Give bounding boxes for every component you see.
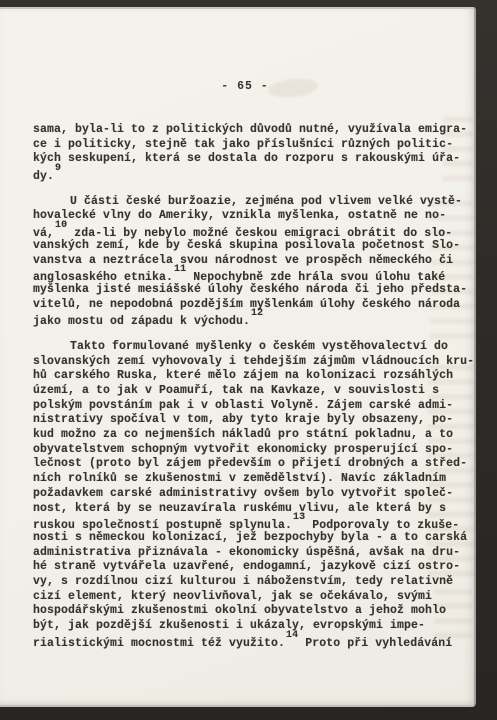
text-line: kud možno za co nejmenších nákladů pro s… [33,428,473,443]
footnote-marker: 14 [286,630,298,641]
footnote-marker: 11 [174,264,186,275]
page-number: - 65 - [8,80,482,93]
paragraph: U části české buržoazie, zejména pod vli… [33,195,473,327]
text-line: anglosaského etnika.11 Nepochybně zde hr… [33,268,473,283]
paragraph: sama, byla-li to z politických důvodů nu… [33,123,473,182]
text-line: nistrativy spočíval v tom, aby tyto kraj… [33,413,473,428]
footnote-marker: 13 [293,512,305,523]
footnote-marker: 10 [55,220,67,231]
text-line: obyvatelstvem schopným vytvořit ekonomic… [33,443,473,458]
text-line: nosti s německou kolonizací, jež bezpoch… [33,531,473,546]
text-line: nost, která by se neuzavírala ruskému vl… [33,502,473,517]
text-line: administrativa přiznávala - ekonomicky ú… [33,546,473,561]
text-line: hovalecké vlny do Ameriky, vznikla myšle… [33,209,473,224]
text-line: vanstva a neztrácela svou národnost ve p… [33,254,473,269]
text-line: lečnost (proto byl zájem především o při… [33,457,473,472]
footnote-marker: 9 [55,163,61,174]
text-line: jako mostu od západu k východu.12 [33,312,473,327]
text-line: hé straně vytvářela uzavřené, endogamní,… [33,560,473,575]
page-body: sama, byla-li to z politických důvodů nu… [33,123,473,661]
text-line: území, a to jak v Poamuří, tak na Kavkaz… [33,384,473,399]
text-line: být, jak pozdější zkušenosti i ukázaly, … [33,619,473,634]
text-line: slovanských zemí vyhovovaly i tehdejším … [33,355,473,370]
text-line: dy.9 [33,167,473,182]
text-line: myšlenka jisté mesiášské úlohy českého n… [33,283,473,298]
text-line: vá,10 zda-li by nebylo možné českou emig… [33,224,473,239]
text-line: ních rolníků se zkušenostmi v zemědělstv… [33,472,473,487]
document-page: - 65 - sama, byla-li to z politických dů… [0,7,476,707]
text-line: ruskou společností postupně splynula.13 … [33,516,473,531]
text-line: rialistickými mocnostmi též využito.14 P… [33,634,473,649]
text-line: hů carského Ruska, které mělo zájem na k… [33,369,473,384]
text-line: kých seskupení, která se dostala do rozp… [33,152,473,167]
text-line: sama, byla-li to z politických důvodů nu… [33,123,473,138]
footnote-marker: 12 [251,308,263,319]
paragraph: Takto formulované myšlenky o českém vyst… [33,340,473,648]
text-line: Takto formulované myšlenky o českém vyst… [33,340,473,355]
text-line: vanských zemí, kde by česká skupina posi… [33,239,473,254]
text-line: ce i politicky, stejně tak jako příslušn… [33,138,473,153]
text-line: požadavkem carské administrativy ovšem b… [33,487,473,502]
text-line: polským povstáním pak i v oblasti Volyně… [33,399,473,414]
scan-backdrop: - 65 - sama, byla-li to z politických dů… [0,0,497,720]
text-line: hospodářskými zkušenostmi okolní obyvate… [33,604,473,619]
text-line: U části české buržoazie, zejména pod vli… [33,195,473,210]
text-line: cizí element, který neovlivňoval, jak se… [33,590,473,605]
text-line: vy, s rozdílnou cizí kulturou i nábožens… [33,575,473,590]
